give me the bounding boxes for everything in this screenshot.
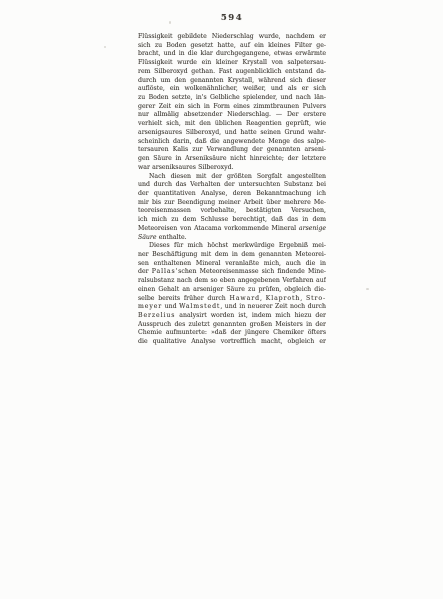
text-line: mir bis zur Beendigung meiner Arbeit übe… — [138, 199, 326, 208]
text-line: Säure enthalte. — [138, 234, 326, 243]
text-line: sen enthaltenen Mineral veranlaßte mich,… — [138, 260, 326, 269]
text-line: Chemie aufmunterte: »daß der jüngere Che… — [138, 329, 326, 338]
text-line: scheinlich darin, daß die angewendete Me… — [138, 138, 326, 147]
text-line: durch um den genannten Krystall, während… — [138, 77, 326, 86]
text-line: rem Silberoxyd gethan. Fast augenblickli… — [138, 68, 326, 77]
text-line: arsenigsaures Silberoxyd, und hatte sein… — [138, 129, 326, 138]
text-line: einen Gehalt an arseniger Säure zu prüfe… — [138, 286, 326, 295]
text-line: Flüssigkeit gebildete Niederschlag wurde… — [138, 33, 326, 42]
text-line: war arseniksaures Silberoxyd. — [138, 164, 326, 173]
text-line: Berzelius analysirt worden ist, indem mi… — [138, 312, 326, 321]
text-line: gen Säure in Arseniksäure nicht hinreich… — [138, 155, 326, 164]
text-line: meyer und Walmstedt, und in neuerer Zeit… — [138, 303, 326, 312]
text-line: ralsubstanz nach dem so eben angegebenen… — [138, 277, 326, 286]
text-line: nur allmälig absetzender Niederschlag. —… — [138, 111, 326, 120]
text-line: und durch das Verhalten der untersuchten… — [138, 181, 326, 190]
paragraph: Dieses für mich höchst merkwürdige Ergeb… — [138, 242, 326, 347]
text-line: sich zu Boden gesetzt hatte, auf ein kle… — [138, 42, 326, 51]
text-line: tersauren Kalis zur Verwandlung der gena… — [138, 146, 326, 155]
text-line: Nach diesen mit der größten Sorgfalt ang… — [138, 173, 326, 182]
page-number: 594 — [138, 13, 326, 23]
text-block: Flüssigkeit gebildete Niederschlag wurde… — [138, 33, 326, 347]
scan-speck — [366, 288, 369, 290]
text-line: selbe bereits früher durch Haward, Klapr… — [138, 295, 326, 304]
text-line: bracht, und in die klar durchgegangene, … — [138, 50, 326, 59]
text-line: zu Boden setzte, in's Gelbliche spielend… — [138, 94, 326, 103]
text-line: verhielt sich, mit den üblichen Reagenti… — [138, 120, 326, 129]
text-line: Flüssigkeit wurde ein kleiner Krystall v… — [138, 59, 326, 68]
text-line: gerer Zeit ein sich in Form eines zimmtb… — [138, 103, 326, 112]
text-line: Ausspruch des zuletzt genannten großen M… — [138, 321, 326, 330]
text-line: ich mich zu dem Schlusse berechtigt, daß… — [138, 216, 326, 225]
text-line: der quantitativen Analyse, deren Bekannt… — [138, 190, 326, 199]
text-line: der Pallas'schen Meteoreisenmasse sich f… — [138, 268, 326, 277]
paragraph: Nach diesen mit der größten Sorgfalt ang… — [138, 173, 326, 243]
scanned-book-page: 594 Flüssigkeit gebildete Niederschlag w… — [0, 0, 443, 599]
text-line: Meteoreisen von Atacama vorkommende Mine… — [138, 225, 326, 234]
paragraph: Flüssigkeit gebildete Niederschlag wurde… — [138, 33, 326, 173]
text-line: die qualitative Analyse vortrefflich mac… — [138, 338, 326, 347]
text-line: Dieses für mich höchst merkwürdige Ergeb… — [138, 242, 326, 251]
scan-speck — [169, 21, 171, 24]
text-line: teoreisenmassen vorbehalte, bestätigten … — [138, 207, 326, 216]
scan-speck — [104, 46, 106, 48]
text-line: auflöste, ein wolkenähnlicher, weißer, u… — [138, 85, 326, 94]
text-line: ner Beschäftigung mit dem in dem genannt… — [138, 251, 326, 260]
